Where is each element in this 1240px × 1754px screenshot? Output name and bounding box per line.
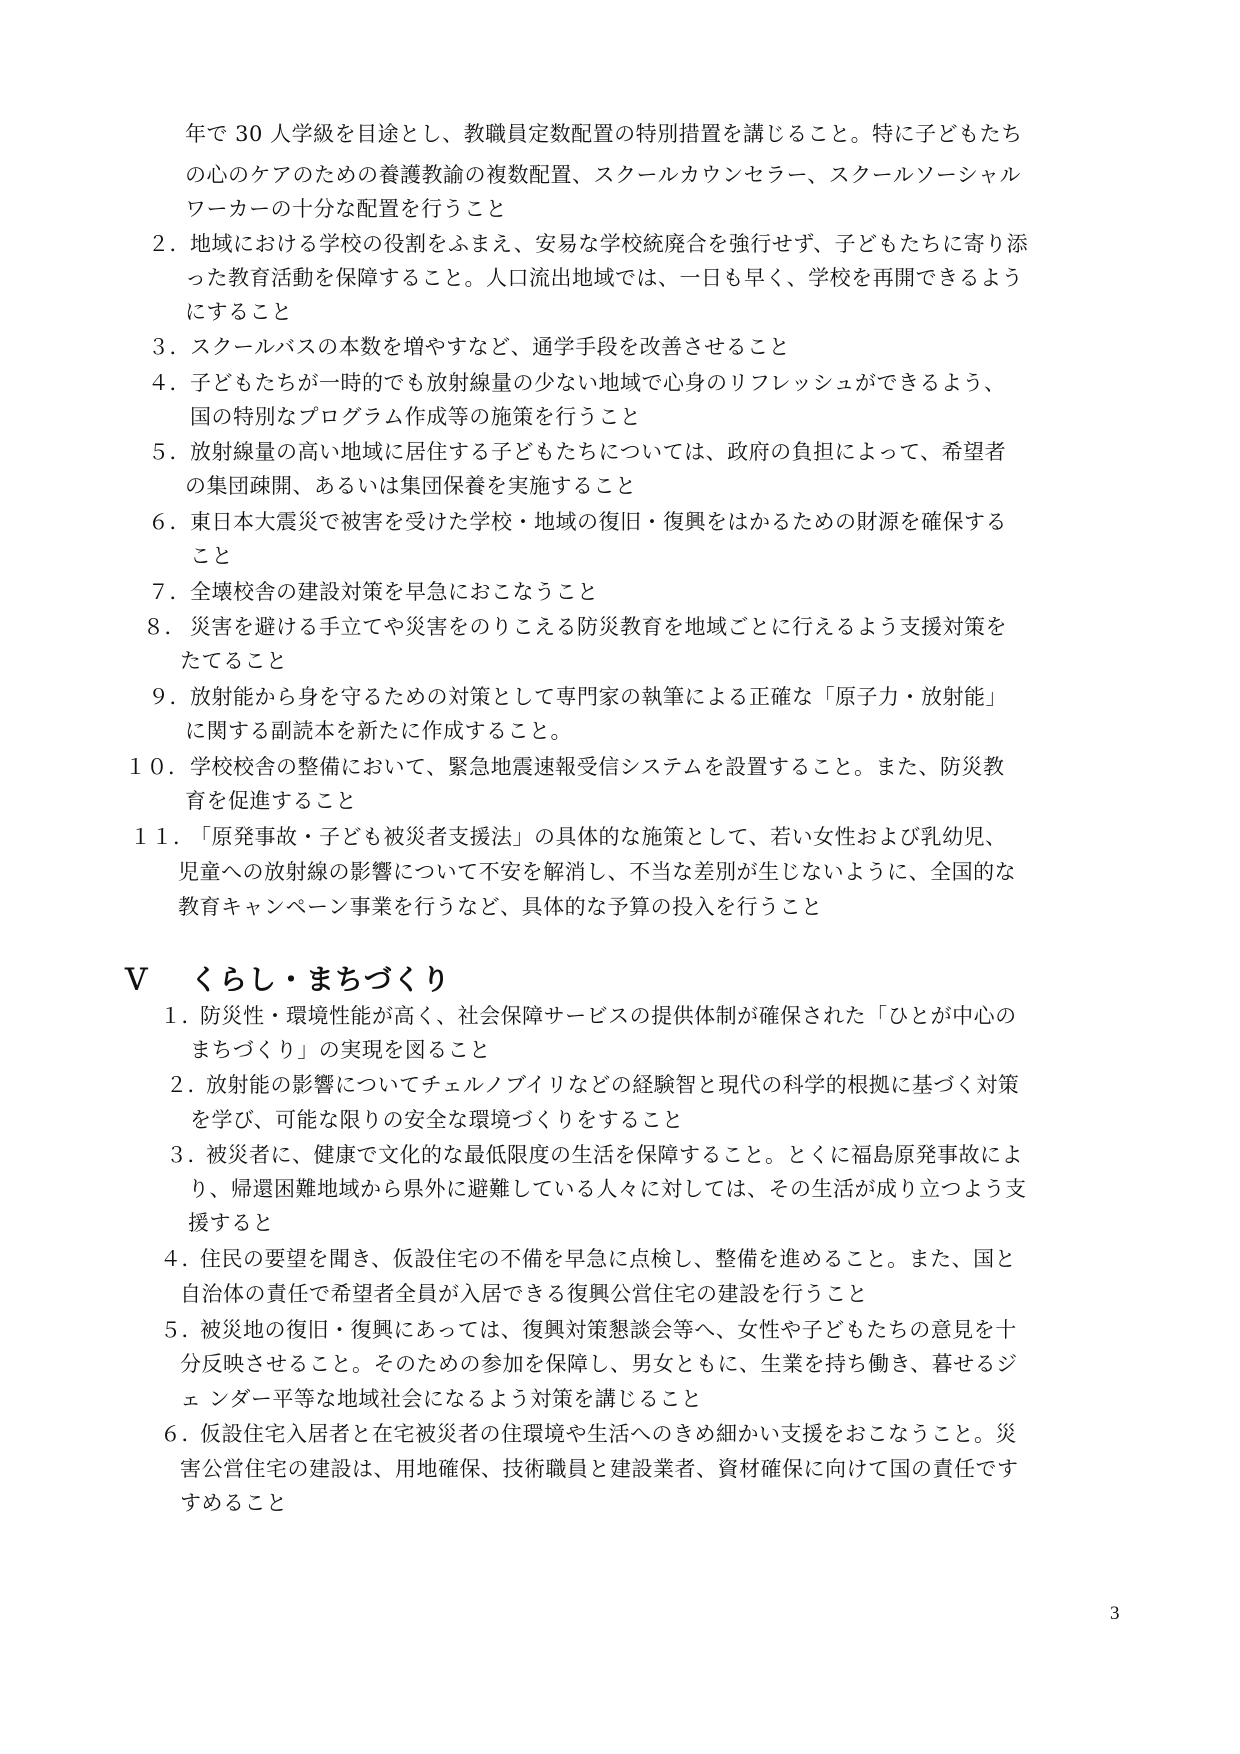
item1-cont-line3: ワーカーの十分な配置を行うこと: [185, 193, 507, 225]
item1-cont-line1: 年で 30 人学級を目途とし、教職員定数配置の特別措置を講じること。特に子どもた…: [185, 118, 1023, 150]
v-item2-line1: 放射能の影響についてチェルノブイリなどの経験智と現代の科学的根拠に基づく対策: [206, 1069, 1019, 1101]
item11-line1: 「原発事故・子ども被災者支援法」の具体的な施策として、若い女性および乳幼児、: [190, 821, 1007, 853]
v-item3-line3: 援すると: [188, 1207, 274, 1239]
item11-number: １１．: [130, 821, 195, 853]
item6-line1: 東日本大震災で被害を受けた学校・地域の復旧・復興をはかるための財源を確保する: [190, 506, 1007, 538]
item10-number: １０．: [125, 751, 190, 783]
item3-number: ３．: [148, 331, 191, 363]
v-item5-line1: 被災地の復旧・復興にあっては、復興対策懇談会等へ、女性や子どもたちの意見を十: [200, 1314, 1017, 1346]
v-item4-number: ４．: [160, 1243, 203, 1275]
item11-line2: 児童への放射線の影響について不安を解消し、不当な差別が生じないように、全国的な: [178, 856, 1016, 888]
page-number: 3: [1110, 1603, 1120, 1625]
item4-number: ４．: [148, 367, 191, 399]
v-item6-line3: すめること: [180, 1487, 288, 1519]
item4-line2: 国の特別なプログラム作成等の施策を行うこと: [190, 401, 641, 433]
v-item1-line1: 防災性・環境性能が高く、社会保障サービスの提供体制が確保された「ひとが中心の: [200, 1000, 1017, 1032]
item8-line1: 災害を避ける手立てや災害をのりこえる防災教育を地域ごとに行えるよう支援対策を: [190, 611, 1007, 643]
item4-line1: 子どもたちが一時的でも放射線量の少ない地域で心身のリフレッシュができるよう、: [190, 367, 1006, 399]
item1-cont-line2: の心のケアのための養護教諭の複数配置、スクールカウンセラー、スクールソーシャル: [185, 159, 1021, 191]
v-item2-line2: を学び、可能な限りの安全な環境づくりをすること: [190, 1104, 684, 1136]
item3-line1: スクールバスの本数を増やすなど、通学手段を改善させること: [190, 331, 790, 363]
item6-number: ６．: [148, 506, 191, 538]
item6-line2: こと: [190, 540, 233, 572]
v-item3-line1: 被災者に、健康で文化的な最低限度の生活を保障すること。とくに福島原発事故によ: [206, 1139, 1023, 1171]
item10-line2: 育を促進すること: [185, 785, 357, 817]
item9-line2: に関する副読本を新たに作成すること。: [185, 715, 572, 747]
item9-number: ９．: [148, 681, 191, 713]
item2-line1: 地域における学校の役割をふまえ、安易な学校統廃合を強行せず、子どもたちに寄り添: [190, 228, 1028, 260]
v-item5-line3: ェ ンダー平等な地域社会になるよう対策を講じること: [180, 1383, 702, 1415]
item10-line1: 学校校舎の整備において、緊急地震速報受信システムを設置すること。また、防災教: [190, 751, 1004, 783]
item2-line3: にすること: [185, 296, 293, 328]
v-item2-number: ２．: [166, 1069, 209, 1101]
v-item3-number: ３．: [166, 1139, 209, 1171]
item8-number: ８．: [143, 611, 186, 643]
item2-line2: った教育活動を保障すること。人口流出地域では、一日も早く、学校を再開できるよう: [185, 262, 1023, 294]
v-item4-line2: 自治体の責任で希望者全員が入居できる復興公営住宅の建設を行うこと: [180, 1278, 868, 1310]
section-v-numeral: Ｖ: [122, 958, 151, 998]
item5-line2: の集団疎開、あるいは集団保養を実施すること: [185, 470, 637, 502]
item11-line3: 教育キャンペーン事業を行うなど、具体的な予算の投入を行うこと: [178, 891, 823, 923]
item7-number: ７．: [148, 576, 191, 608]
v-item1-line2: まちづくり」の実現を図ること: [190, 1034, 491, 1066]
v-item6-number: ６．: [160, 1418, 203, 1450]
v-item5-number: ５．: [160, 1314, 203, 1346]
item8-line2: たてること: [180, 645, 288, 677]
v-item3-line2: り、帰還困難地域から県外に避難している人々に対しては、その生活が成り立つよう支: [188, 1173, 1027, 1205]
item5-number: ５．: [148, 436, 191, 468]
item2-number: ２．: [148, 228, 191, 260]
item7-line1: 全壊校舎の建設対策を早急におこなうこと: [190, 576, 599, 608]
v-item4-line1: 住民の要望を聞き、仮設住宅の不備を早急に点検し、整備を進めること。また、国と: [200, 1243, 1016, 1275]
section-v-title: くらし・まちづくり: [190, 958, 451, 998]
v-item5-line2: 分反映させること。そのための参加を保障し、男女ともに、生業を持ち働き、暮せるジ: [180, 1348, 1018, 1380]
v-item6-line2: 害公営住宅の建設は、用地確保、技術職員と建設業者、資材確保に向けて国の責任です: [180, 1453, 1019, 1485]
v-item1-number: １．: [160, 1000, 203, 1032]
item9-line1: 放射能から身を守るための対策として専門家の執筆による正確な「原子力・放射能」: [190, 681, 1007, 713]
v-item6-line1: 仮設住宅入居者と在宅被災者の住環境や生活へのきめ細かい支援をおこなうこと。災: [200, 1418, 1017, 1450]
item5-line1: 放射線量の高い地域に居住する子どもたちについては、政府の負担によって、希望者: [190, 436, 1006, 468]
